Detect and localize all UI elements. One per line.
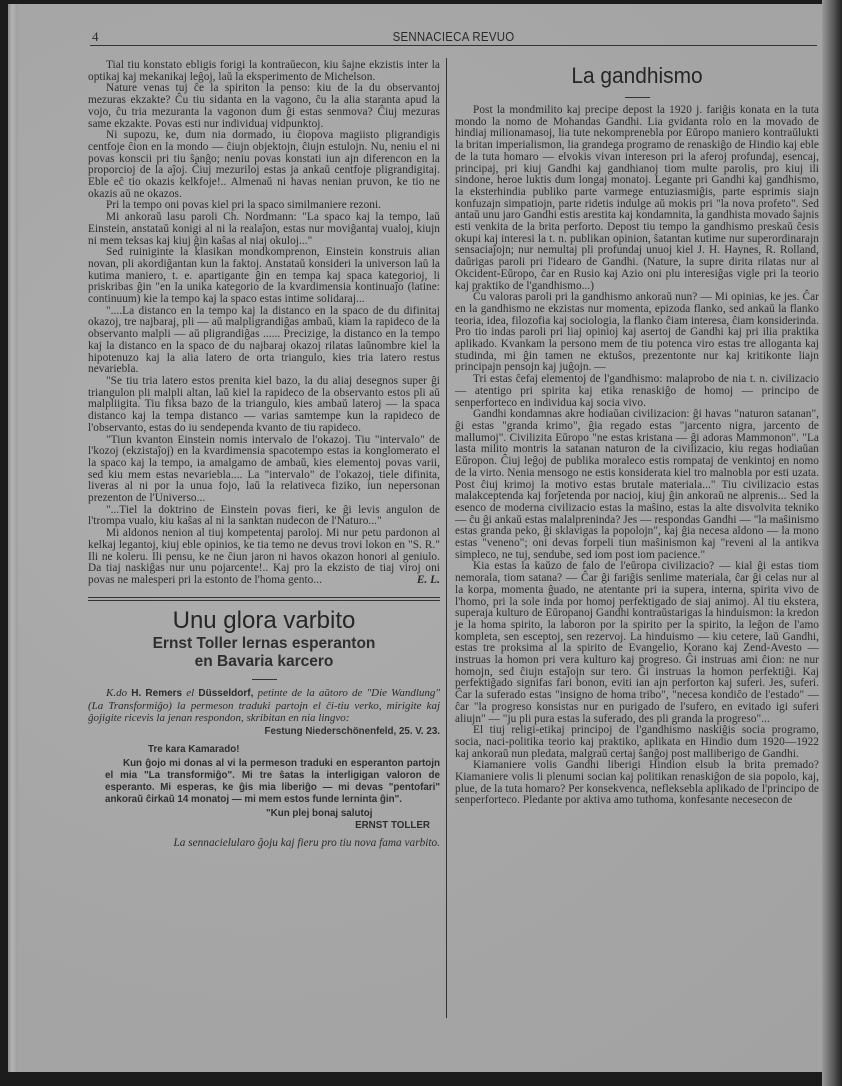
page-stack-edge (8, 4, 18, 1072)
intro-name: H. Remers (131, 688, 182, 699)
paragraph: Nature venas tuj ĉe la spiriton la penso… (88, 83, 440, 130)
article-subtitle-line2: en Bavaria karcero (88, 653, 440, 671)
paragraph: "...Tiel la doktrino de Einstein povas f… (88, 505, 440, 528)
paragraph: Gandhi kondamnas akre hodiaŭan civilizac… (455, 409, 819, 561)
article-subtitle-line1: Ernst Toller lernas esperanton (88, 635, 440, 653)
paragraph: "....La distanco en la tempo kaj la dist… (88, 306, 440, 376)
article-intro: K.do H. Remers el Düsseldorf, petinte de… (88, 687, 440, 724)
page-header: 4 SENNACIECA REVUO (90, 27, 817, 45)
intro-city: Düsseldorf, (198, 688, 253, 699)
paragraph: Mi ankoraŭ lasu paroli Ch. Nordmann: "La… (88, 212, 440, 247)
paragraph: "Se tiu tria latero estos prenita kiel b… (88, 376, 440, 435)
article-title: La gandhismo (464, 63, 810, 89)
paragraph: "Tiun kvanton Einstein nomis intervalo d… (88, 435, 440, 505)
paragraph: El tiuj religi-etikaj principoj de l'gan… (455, 725, 819, 760)
paragraph: Ni supozu, ke, dum nia dormado, iu ĉiopo… (88, 130, 440, 200)
header-rule (90, 45, 817, 46)
paragraph: Kiamaniere volis Gandhi liberigi Hindion… (455, 760, 819, 807)
paragraph: Ĉu valoras paroli pri la gandhismo ankor… (455, 292, 819, 374)
quoted-letter: Festung Niederschönenfeld, 25. V. 23. Tr… (88, 726, 440, 832)
paragraph-last: Mi aldonos nenion al tiuj kompetentaj pa… (88, 528, 440, 587)
binding-shadow (822, 0, 842, 1086)
paragraph-text: Mi aldonos nenion al tiuj kompetentaj pa… (88, 527, 440, 586)
letter-signer: ERNST TOLLER (88, 820, 430, 832)
title-rule (625, 97, 650, 98)
letter-closing: "Kun plej bonaj salutoj (266, 808, 440, 820)
author-signature: E. L. (399, 575, 440, 587)
running-title: SENNACIECA REVUO (134, 29, 774, 44)
paragraph: Kia estas la kaŭzo de falo de l'eŭropa c… (455, 561, 819, 725)
article-footer-note: La sennacielularo ĝoju kaj fieru pro tiu… (88, 836, 440, 850)
letter-place-date: Festung Niederschönenfeld, 25. V. 23. (88, 726, 440, 738)
intro-prefix: K.do (106, 687, 127, 699)
letter-body: Kun ĝojo mi donas al vi la permeson trad… (105, 758, 440, 806)
left-column: Tial tiu konstato ebligis forigi la kont… (88, 60, 440, 850)
letter-salutation: Tre kara Kamarado! (148, 744, 440, 756)
section-double-rule (88, 597, 440, 601)
title-rule (252, 679, 277, 680)
paragraph: Post la mondmilito kaj precipe depost la… (455, 105, 819, 292)
page-number: 4 (92, 29, 99, 45)
paragraph: Sed ruiniginte la klasikan mondkomprenon… (88, 247, 440, 306)
right-column: La gandhismo Post la mondmilito kaj prec… (455, 60, 819, 807)
intro-el: el (186, 687, 194, 699)
paragraph: Tial tiu konstato ebligis forigi la kont… (88, 60, 440, 83)
column-divider (446, 58, 447, 1018)
article-title: Unu glora varbito (88, 607, 440, 635)
paragraph: Tri estas ĉefaj elementoj de l'gandhismo… (455, 374, 819, 409)
